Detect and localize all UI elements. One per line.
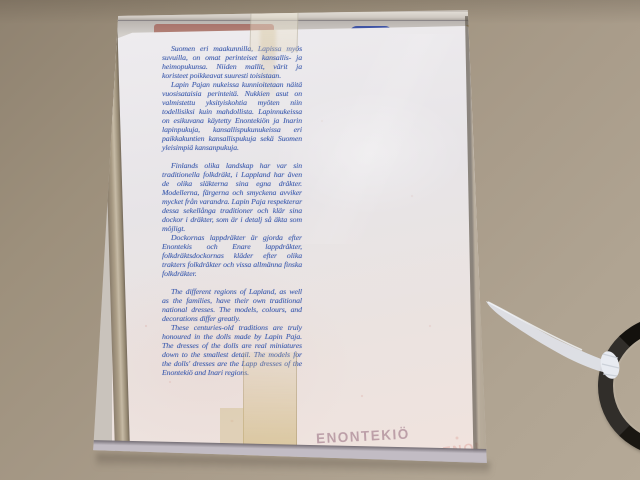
plastic-gloss	[292, 34, 472, 244]
photo-scene: Suomen eri maakunnilla, Lapissa myös suv…	[0, 0, 640, 480]
clear-plastic-box: Suomen eri maakunnilla, Lapissa myös suv…	[92, 10, 488, 468]
section-finnish: Suomen eri maakunnilla, Lapissa myös suv…	[162, 44, 302, 152]
swedish-paragraph-1: Finlands olika landskap har var sin trad…	[162, 161, 302, 233]
text-column: Suomen eri maakunnilla, Lapissa myös suv…	[162, 44, 302, 377]
english-paragraph-1: The different regions of Lapland, as wel…	[162, 287, 302, 323]
white-tie-string	[482, 294, 632, 390]
finnish-paragraph-2: Lapin Pajan nukeissa kunnioitetaan näitä…	[162, 80, 302, 152]
section-swedish: Finlands olika landskap har var sin trad…	[162, 161, 302, 278]
gold-item-inside-box	[465, 25, 497, 45]
swedish-paragraph-2: Dockornas lappdräkter är gjorda efter En…	[162, 233, 302, 278]
